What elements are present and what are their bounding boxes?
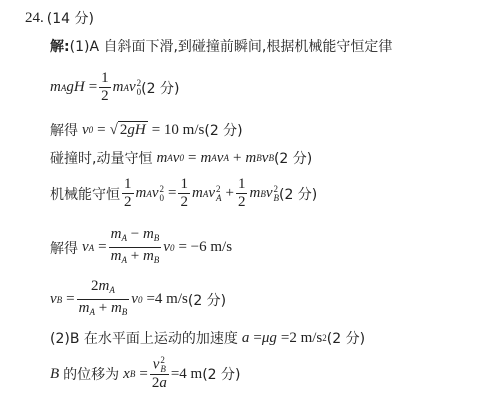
equation-displacement: B 的位移为 xB= v2B 2a =4 m (2 分) — [50, 356, 240, 392]
solution-intro: 解: (1)A 自斜面下滑,到碰撞前瞬间,根据机械能守恒定律 — [50, 36, 392, 56]
part2-label: (2)B 在水平面上运动的加速度 — [50, 328, 238, 348]
equation-v0: 解得 v0= √2gH = 10 m/s (2 分) — [50, 120, 243, 140]
solution-label: 解: — [50, 36, 70, 56]
equation-acceleration: (2)B 在水平面上运动的加速度 a=μg =2 m/s2 (2 分) — [50, 328, 365, 348]
score: (2 分) — [274, 148, 312, 168]
sqrt-expression: √2gH — [110, 121, 148, 139]
equation-momentum: 碰撞时,动量守恒 mAv0= mAvA+ mBvB (2 分) — [50, 148, 312, 168]
vA-result: = −6 m/s — [178, 239, 232, 256]
energy-label: 机械能守恒 — [50, 184, 120, 204]
equation-energy-1: mAgH= 12 mAv20 (2 分) — [50, 70, 179, 105]
score: (2 分) — [188, 290, 226, 310]
score: (2 分) — [141, 78, 179, 98]
momentum-label: 碰撞时,动量守恒 — [50, 148, 152, 168]
fraction: 12 — [99, 70, 111, 105]
xB-result: =4 m — [171, 366, 202, 383]
score: (2 分) — [327, 328, 365, 348]
equation-vB: vB= 2mA mA + mB v0 =4 m/s (2 分) — [50, 278, 226, 321]
vB-result: =4 m/s — [146, 291, 187, 308]
fraction: 2mA mA + mB — [77, 278, 130, 321]
problem-number: 24. — [25, 10, 44, 27]
solve-label: 解得 — [50, 238, 78, 258]
equation-energy-2: 机械能守恒 12 mAv20 = 12 mAv2A + 12 mBv2B (2 … — [50, 176, 317, 211]
problem-points: (14 分) — [47, 8, 94, 28]
v0-result: = 10 m/s — [152, 122, 205, 139]
acc-result: =2 m/s — [281, 330, 322, 347]
equation-vA: 解得 vA= mA − mB mA + mB v0 = −6 m/s — [50, 226, 232, 269]
part1-intro: (1)A 自斜面下滑,到碰撞前瞬间,根据机械能守恒定律 — [70, 36, 393, 56]
displacement-label: 的位移为 — [63, 364, 119, 384]
score: (2 分) — [204, 120, 242, 140]
fraction: v2B 2a — [150, 356, 169, 392]
score: (2 分) — [279, 184, 317, 204]
score: (2 分) — [202, 364, 240, 384]
fraction: mA − mB mA + mB — [109, 226, 162, 269]
problem-header: 24. (14 分) — [25, 8, 94, 28]
solve-label: 解得 — [50, 120, 78, 140]
